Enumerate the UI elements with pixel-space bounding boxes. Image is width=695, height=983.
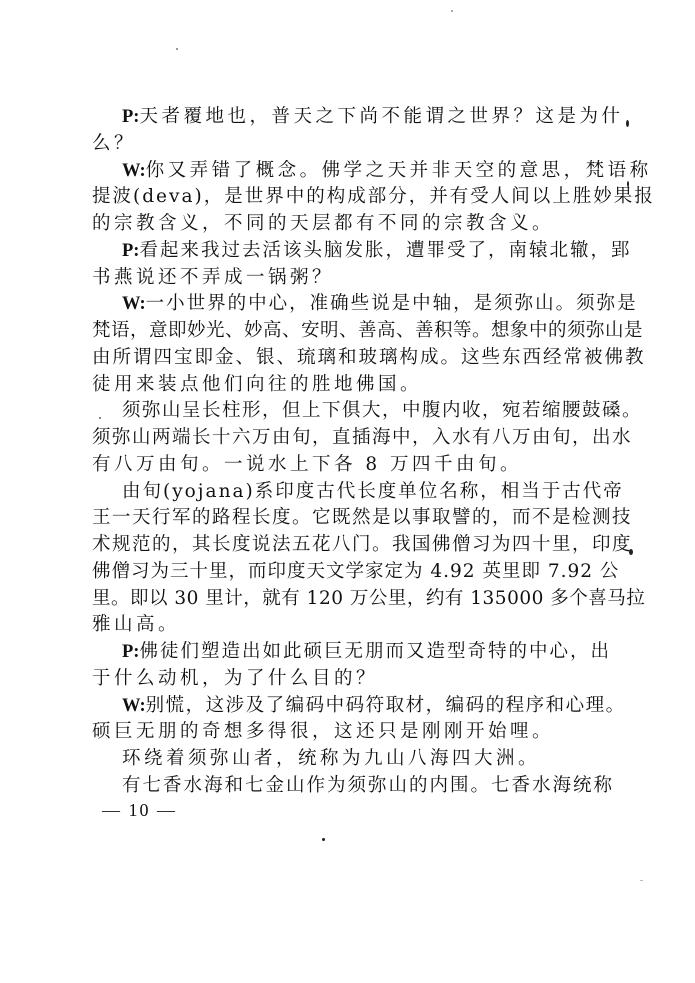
text-line: 雅山高。 <box>92 612 554 639</box>
speaker-label: W: <box>122 294 146 314</box>
text-line: 须弥山两端长十六万由旬，直插海中，入水有八万由旬，出水 <box>92 425 554 452</box>
scan-speck <box>99 417 101 419</box>
book-page: P:天者覆地也，普天之下尚不能谓之世界？这是为什 么？ W:你又弄错了概念。佛学… <box>0 0 695 983</box>
speaker-label: P: <box>122 107 139 127</box>
text-line: 佛僧习为三十里，而印度天文学家定为 4.92 英里即 7.92 公 <box>92 559 554 586</box>
scan-speck <box>626 120 629 127</box>
speaker-label: P: <box>122 241 139 261</box>
text-line: 的宗教含义，不同的天层都有不同的宗教含义。 <box>92 211 554 238</box>
scan-speck <box>451 10 453 12</box>
text-line: 王一天行军的路程长度。它既然是以事取譬的，而不是检测技 <box>92 505 554 532</box>
text-line: 环绕着须弥山者，统称为九山八海四大洲。 <box>92 746 554 773</box>
text-line: 于什么动机，为了什么目的？ <box>92 666 554 693</box>
text-line: 术规范的，其长度说法五花八门。我国佛僧习为四十里，印度 <box>92 532 554 559</box>
text-line: P:看起来我过去活该头脑发胀，遭罪受了，南辕北辙，郢 <box>92 238 554 265</box>
text-line: P:佛徒们塑造出如此硕巨无朋而又造型奇特的中心，出 <box>92 639 554 666</box>
body-text: P:天者覆地也，普天之下尚不能谓之世界？这是为什 么？ W:你又弄错了概念。佛学… <box>92 104 554 800</box>
scan-speck <box>629 549 633 555</box>
text-line: P:天者覆地也，普天之下尚不能谓之世界？这是为什 <box>92 104 554 131</box>
speaker-label: W: <box>122 696 146 716</box>
text-line: 么？ <box>92 131 554 158</box>
page-number: — 10 — <box>102 800 177 821</box>
text-line: 梵语，意即妙光、妙高、安明、善高、善积等。想象中的须弥山是 <box>92 318 554 345</box>
scan-speck <box>322 838 325 841</box>
text-line: 徒用来装点他们向往的胜地佛国。 <box>92 372 554 399</box>
text-line: 由旬(yojana)系印度古代长度单位名称，相当于古代帝 <box>92 479 554 506</box>
text-line: 书燕说还不弄成一锅粥？ <box>92 265 554 292</box>
text-line: 有七香水海和七金山作为须弥山的内围。七香水海统称 <box>92 773 554 800</box>
text-line: 须弥山呈长柱形，但上下俱大，中腹内收，宛若缩腰鼓磉。 <box>92 398 554 425</box>
scan-speck <box>515 213 517 215</box>
scan-speck <box>176 48 178 50</box>
text-line: W:别慌，这涉及了编码中码符取材，编码的程序和心理。 <box>92 693 554 720</box>
text-line: 由所谓四宝即金、银、琉璃和玻璃构成。这些东西经常被佛教 <box>92 345 554 372</box>
text-line: W:一小世界的中心，准确些说是中轴，是须弥山。须弥是 <box>92 291 554 318</box>
text-line: 提波(deva)，是世界中的构成部分，并有受人间以上胜妙果报 <box>92 184 554 211</box>
text-line: W:你又弄错了概念。佛学之天并非天空的意思，梵语称 <box>92 158 554 185</box>
scan-speck <box>640 880 643 881</box>
text-line: 硕巨无朋的奇想多得很，这还只是刚刚开始哩。 <box>92 719 554 746</box>
speaker-label: P: <box>122 642 139 662</box>
text-line: 有八万由旬。一说水上下各 8 万四千由旬。 <box>92 452 554 479</box>
speaker-label: W: <box>122 161 146 181</box>
scan-speck <box>627 181 629 187</box>
text-line: 里。即以 30 里计，就有 120 万公里，约有 135000 多个喜马拉 <box>92 586 554 613</box>
